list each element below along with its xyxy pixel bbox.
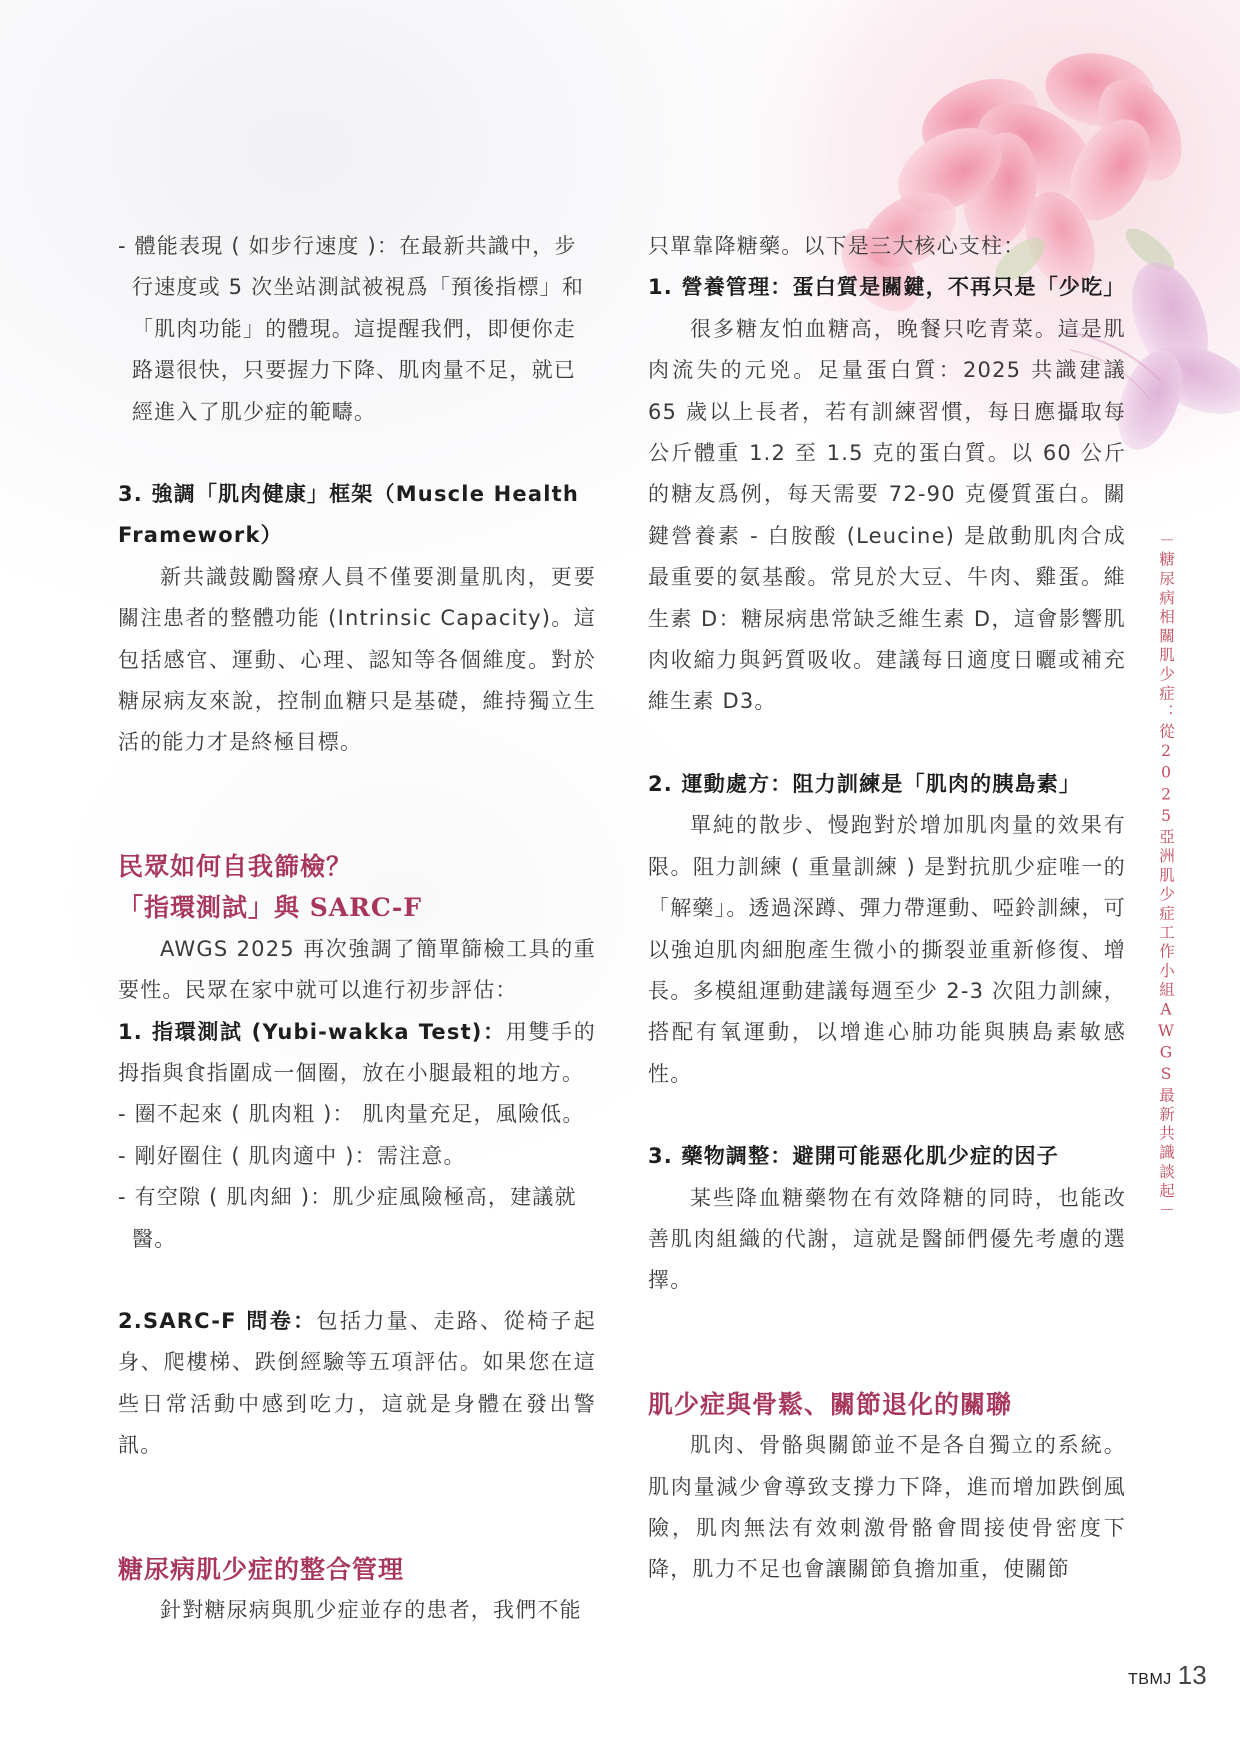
subheading-muscle-health-framework: 3. 強調「肌肉健康」框架（Muscle Health Framework） [118,474,596,557]
spacer [648,723,1126,764]
spacer [118,764,596,846]
paragraph-bone-joint: 肌肉、骨骼與關節並不是各自獨立的系統。肌肉量減少會導致支撐力下降，進而增加跌倒風… [648,1425,1126,1591]
paragraph-management-intro: 針對糖尿病與肌少症並存的患者，我們不能 [118,1590,596,1631]
bullet-cannot-circle: - 圈不起來 ( 肌肉粗 )： 肌肉量充足，風險低。 [118,1094,596,1135]
section-heading-bone-joint: 肌少症與骨鬆、關節退化的關聯 [648,1384,1126,1425]
item-yubi-wakka-label: 1. 指環測試 (Yubi-wakka Test)： [118,1020,506,1044]
bullet-gap: - 有空隙 ( 肌肉細 )：肌少症風險極高，建議就醫。 [118,1177,596,1260]
subheading-exercise: 2. 運動處方：阻力訓練是「肌肉的胰島素」 [648,764,1126,805]
bullet-physical-performance: - 體能表現 ( 如步行速度 )：在最新共識中，步行速度或 5 次坐站測試被視爲… [118,226,596,433]
spacer [648,1302,1126,1384]
spacer [648,1095,1126,1136]
spacer [118,1467,596,1549]
right-column: 只單靠降糖藥。以下是三大核心支柱： 1. 營養管理：蛋白質是關鍵，不再只是「少吃… [648,226,1126,1591]
item-yubi-wakka-test: 1. 指環測試 (Yubi-wakka Test)：用雙手的拇指與食指圍成一個圈… [118,1012,596,1095]
paragraph-screening-intro: AWGS 2025 再次強調了簡單篩檢工具的重要性。民眾在家中就可以進行初步評估… [118,929,596,1012]
subheading-medication: 3. 藥物調整：避開可能惡化肌少症的因子 [648,1136,1126,1177]
paragraph-continuation: 只單靠降糖藥。以下是三大核心支柱： [648,226,1126,267]
item-sarc-f-label: 2.SARC-F 問卷： [118,1309,317,1333]
item-sarc-f: 2.SARC-F 問卷：包括力量、走路、從椅子起身、爬樓梯、跌倒經驗等五項評估。… [118,1301,596,1467]
subheading-nutrition: 1. 營養管理：蛋白質是關鍵，不再只是「少吃」 [648,267,1126,308]
paragraph-intrinsic-capacity: 新共識鼓勵醫療人員不僅要測量肌肉，更要關注患者的整體功能 (Intrinsic … [118,557,596,764]
page-footer: TBMJ 13 [1128,1660,1207,1691]
section-heading-self-screening-line2: 「指環測試」與 SARC-F [118,887,596,928]
paragraph-nutrition: 很多糖友怕血糖高，晚餐只吃青菜。這是肌肉流失的元兇。足量蛋白質：2025 共識建… [648,309,1126,723]
running-header-vertical: －糖尿病相關肌少症：從2025亞洲肌少症工作小組AWGS最新共識談起－ [1153,532,1177,1221]
bullet-just-circle: - 剛好圈住 ( 肌肉適中 )：需注意。 [118,1136,596,1177]
journal-brand: TBMJ [1128,1671,1172,1689]
page-number: 13 [1178,1660,1207,1691]
spacer [118,433,596,474]
section-heading-integrated-management: 糖尿病肌少症的整合管理 [118,1549,596,1590]
spacer [118,1260,596,1301]
section-heading-self-screening-line1: 民眾如何自我篩檢？ [118,846,596,887]
left-column: - 體能表現 ( 如步行速度 )：在最新共識中，步行速度或 5 次坐站測試被視爲… [118,226,596,1631]
paragraph-exercise: 單純的散步、慢跑對於增加肌肉量的效果有限。阻力訓練 ( 重量訓練 ) 是對抗肌少… [648,805,1126,1095]
paragraph-medication: 某些降血糖藥物在有效降糖的同時，也能改善肌肉組織的代謝，這就是醫師們優先考慮的選… [648,1178,1126,1302]
